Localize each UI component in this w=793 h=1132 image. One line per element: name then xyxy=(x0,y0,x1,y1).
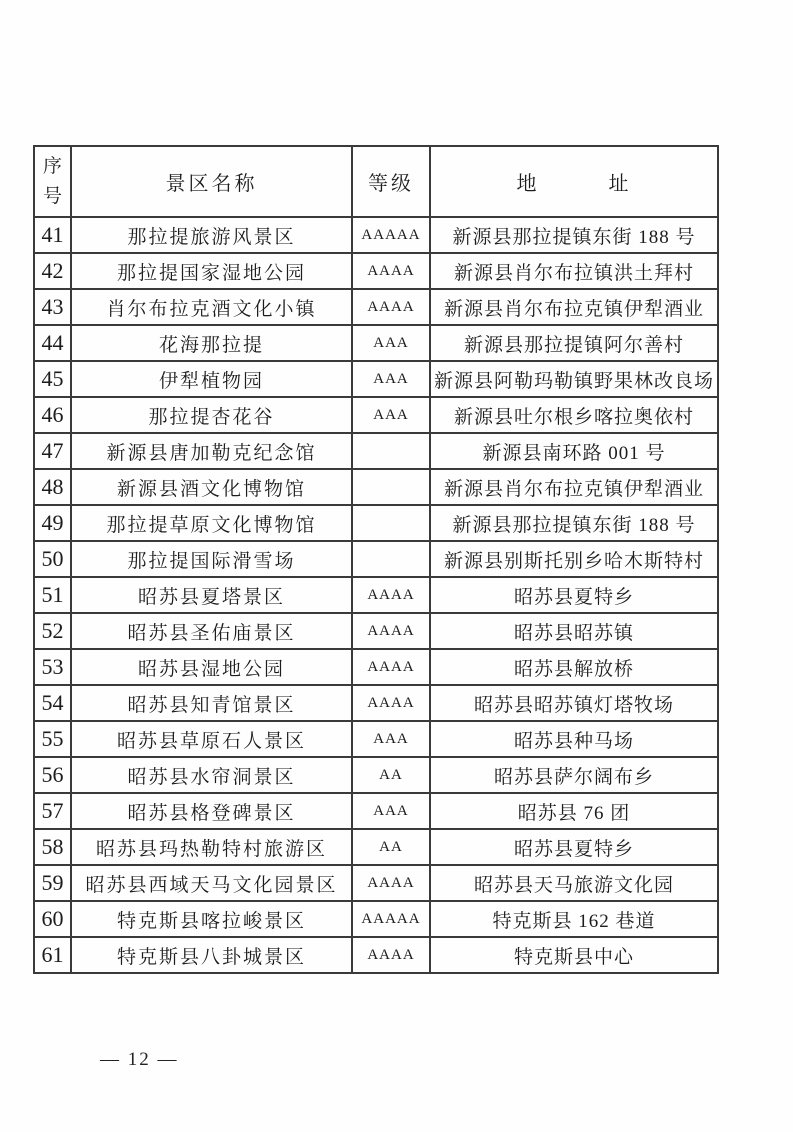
row-index-cell: 59 xyxy=(34,865,71,901)
table-row: 53 昭苏县湿地公园 AAAA 昭苏县解放桥 xyxy=(34,649,718,685)
scenic-name-cell: 那拉提草原文化博物馆 xyxy=(71,505,352,541)
grade-cell: AA xyxy=(352,829,430,865)
address-cell: 昭苏县夏特乡 xyxy=(430,829,718,865)
grade-cell: AAAA xyxy=(352,865,430,901)
row-index-cell: 47 xyxy=(34,433,71,469)
table-row: 50 那拉提国际滑雪场 新源县别斯托别乡哈木斯特村 xyxy=(34,541,718,577)
address-cell: 新源县肖尔布拉镇洪土拜村 xyxy=(430,253,718,289)
row-index-cell: 56 xyxy=(34,757,71,793)
table-row: 51 昭苏县夏塔景区 AAAA 昭苏县夏特乡 xyxy=(34,577,718,613)
grade-cell: AAAA xyxy=(352,685,430,721)
table-row: 49 那拉提草原文化博物馆 新源县那拉提镇东街 188 号 xyxy=(34,505,718,541)
grade-cell: AAAAA xyxy=(352,901,430,937)
row-index-cell: 53 xyxy=(34,649,71,685)
scenic-name-cell: 昭苏县格登碑景区 xyxy=(71,793,352,829)
document-page: 序号 景区名称 等级 地 址 41 那拉提旅游风景区 AAAAA 新源县那拉提镇… xyxy=(0,0,793,1132)
address-cell: 特克斯县 162 巷道 xyxy=(430,901,718,937)
table-row: 59 昭苏县西域天马文化园景区 AAAA 昭苏县天马旅游文化园 xyxy=(34,865,718,901)
grade-cell: AAAA xyxy=(352,649,430,685)
address-cell: 特克斯县中心 xyxy=(430,937,718,973)
row-index-cell: 41 xyxy=(34,217,71,253)
address-cell: 新源县那拉提镇阿尔善村 xyxy=(430,325,718,361)
scenic-name-cell: 伊犁植物园 xyxy=(71,361,352,397)
row-index-cell: 52 xyxy=(34,613,71,649)
address-cell: 昭苏县天马旅游文化园 xyxy=(430,865,718,901)
address-cell: 新源县吐尔根乡喀拉奥依村 xyxy=(430,397,718,433)
row-index-cell: 48 xyxy=(34,469,71,505)
scenic-name-cell: 昭苏县水帘洞景区 xyxy=(71,757,352,793)
grade-cell: AAAA xyxy=(352,613,430,649)
header-address: 地 址 xyxy=(430,146,718,217)
row-index-cell: 57 xyxy=(34,793,71,829)
address-cell: 昭苏县种马场 xyxy=(430,721,718,757)
table-row: 57 昭苏县格登碑景区 AAA 昭苏县 76 团 xyxy=(34,793,718,829)
scenic-name-cell: 特克斯县喀拉峻景区 xyxy=(71,901,352,937)
scenic-name-cell: 昭苏县夏塔景区 xyxy=(71,577,352,613)
row-index-cell: 42 xyxy=(34,253,71,289)
grade-cell: AAA xyxy=(352,325,430,361)
table-row: 42 那拉提国家湿地公园 AAAA 新源县肖尔布拉镇洪土拜村 xyxy=(34,253,718,289)
table-row: 56 昭苏县水帘洞景区 AA 昭苏县萨尔阔布乡 xyxy=(34,757,718,793)
address-cell: 昭苏县解放桥 xyxy=(430,649,718,685)
table-row: 43 肖尔布拉克酒文化小镇 AAAA 新源县肖尔布拉克镇伊犁酒业 xyxy=(34,289,718,325)
scenic-name-cell: 昭苏县西域天马文化园景区 xyxy=(71,865,352,901)
row-index-cell: 55 xyxy=(34,721,71,757)
row-index-cell: 58 xyxy=(34,829,71,865)
row-index-cell: 43 xyxy=(34,289,71,325)
scenic-name-cell: 那拉提国际滑雪场 xyxy=(71,541,352,577)
grade-cell: AAA xyxy=(352,721,430,757)
row-index-cell: 49 xyxy=(34,505,71,541)
table-row: 55 昭苏县草原石人景区 AAA 昭苏县种马场 xyxy=(34,721,718,757)
grade-cell: AAA xyxy=(352,793,430,829)
grade-cell xyxy=(352,541,430,577)
scenic-name-cell: 肖尔布拉克酒文化小镇 xyxy=(71,289,352,325)
scenic-areas-table: 序号 景区名称 等级 地 址 41 那拉提旅游风景区 AAAAA 新源县那拉提镇… xyxy=(33,145,719,974)
table-header-row: 序号 景区名称 等级 地 址 xyxy=(34,146,718,217)
row-index-cell: 45 xyxy=(34,361,71,397)
table-row: 52 昭苏县圣佑庙景区 AAAA 昭苏县昭苏镇 xyxy=(34,613,718,649)
table-row: 44 花海那拉提 AAA 新源县那拉提镇阿尔善村 xyxy=(34,325,718,361)
address-cell: 新源县肖尔布拉克镇伊犁酒业 xyxy=(430,289,718,325)
table-row: 47 新源县唐加勒克纪念馆 新源县南环路 001 号 xyxy=(34,433,718,469)
scenic-name-cell: 昭苏县玛热勒特村旅游区 xyxy=(71,829,352,865)
table-header: 序号 景区名称 等级 地 址 xyxy=(34,146,718,217)
address-cell: 昭苏县昭苏镇灯塔牧场 xyxy=(430,685,718,721)
table-row: 61 特克斯县八卦城景区 AAAA 特克斯县中心 xyxy=(34,937,718,973)
grade-cell: AAA xyxy=(352,361,430,397)
grade-cell: AA xyxy=(352,757,430,793)
table-body: 41 那拉提旅游风景区 AAAAA 新源县那拉提镇东街 188 号 42 那拉提… xyxy=(34,217,718,973)
scenic-name-cell: 花海那拉提 xyxy=(71,325,352,361)
scenic-name-cell: 那拉提国家湿地公园 xyxy=(71,253,352,289)
scenic-name-cell: 昭苏县知青馆景区 xyxy=(71,685,352,721)
row-index-cell: 51 xyxy=(34,577,71,613)
address-cell: 昭苏县 76 团 xyxy=(430,793,718,829)
row-index-cell: 50 xyxy=(34,541,71,577)
table-row: 46 那拉提杏花谷 AAA 新源县吐尔根乡喀拉奥依村 xyxy=(34,397,718,433)
scenic-name-cell: 那拉提杏花谷 xyxy=(71,397,352,433)
grade-cell: AAAA xyxy=(352,289,430,325)
table-row: 48 新源县酒文化博物馆 新源县肖尔布拉克镇伊犁酒业 xyxy=(34,469,718,505)
grade-cell: AAA xyxy=(352,397,430,433)
table-row: 60 特克斯县喀拉峻景区 AAAAA 特克斯县 162 巷道 xyxy=(34,901,718,937)
grade-cell: AAAA xyxy=(352,937,430,973)
address-cell: 新源县别斯托别乡哈木斯特村 xyxy=(430,541,718,577)
row-index-cell: 44 xyxy=(34,325,71,361)
table-row: 54 昭苏县知青馆景区 AAAA 昭苏县昭苏镇灯塔牧场 xyxy=(34,685,718,721)
grade-cell xyxy=(352,505,430,541)
grade-cell: AAAA xyxy=(352,577,430,613)
table-row: 41 那拉提旅游风景区 AAAAA 新源县那拉提镇东街 188 号 xyxy=(34,217,718,253)
table-row: 58 昭苏县玛热勒特村旅游区 AA 昭苏县夏特乡 xyxy=(34,829,718,865)
address-cell: 新源县那拉提镇东街 188 号 xyxy=(430,217,718,253)
grade-cell: AAAA xyxy=(352,253,430,289)
scenic-name-cell: 特克斯县八卦城景区 xyxy=(71,937,352,973)
row-index-cell: 60 xyxy=(34,901,71,937)
address-cell: 昭苏县昭苏镇 xyxy=(430,613,718,649)
page-number: — 12 — xyxy=(100,1049,179,1071)
address-cell: 昭苏县夏特乡 xyxy=(430,577,718,613)
grade-cell xyxy=(352,469,430,505)
header-grade: 等级 xyxy=(352,146,430,217)
grade-cell xyxy=(352,433,430,469)
scenic-name-cell: 昭苏县湿地公园 xyxy=(71,649,352,685)
scenic-name-cell: 新源县酒文化博物馆 xyxy=(71,469,352,505)
header-name: 景区名称 xyxy=(71,146,352,217)
address-cell: 新源县那拉提镇东街 188 号 xyxy=(430,505,718,541)
grade-cell: AAAAA xyxy=(352,217,430,253)
scenic-name-cell: 新源县唐加勒克纪念馆 xyxy=(71,433,352,469)
scenic-name-cell: 那拉提旅游风景区 xyxy=(71,217,352,253)
scenic-name-cell: 昭苏县草原石人景区 xyxy=(71,721,352,757)
address-cell: 昭苏县萨尔阔布乡 xyxy=(430,757,718,793)
header-index: 序号 xyxy=(34,146,71,217)
table-row: 45 伊犁植物园 AAA 新源县阿勒玛勒镇野果林改良场 xyxy=(34,361,718,397)
row-index-cell: 46 xyxy=(34,397,71,433)
row-index-cell: 61 xyxy=(34,937,71,973)
scenic-name-cell: 昭苏县圣佑庙景区 xyxy=(71,613,352,649)
address-cell: 新源县南环路 001 号 xyxy=(430,433,718,469)
address-cell: 新源县阿勒玛勒镇野果林改良场 xyxy=(430,361,718,397)
row-index-cell: 54 xyxy=(34,685,71,721)
address-cell: 新源县肖尔布拉克镇伊犁酒业 xyxy=(430,469,718,505)
